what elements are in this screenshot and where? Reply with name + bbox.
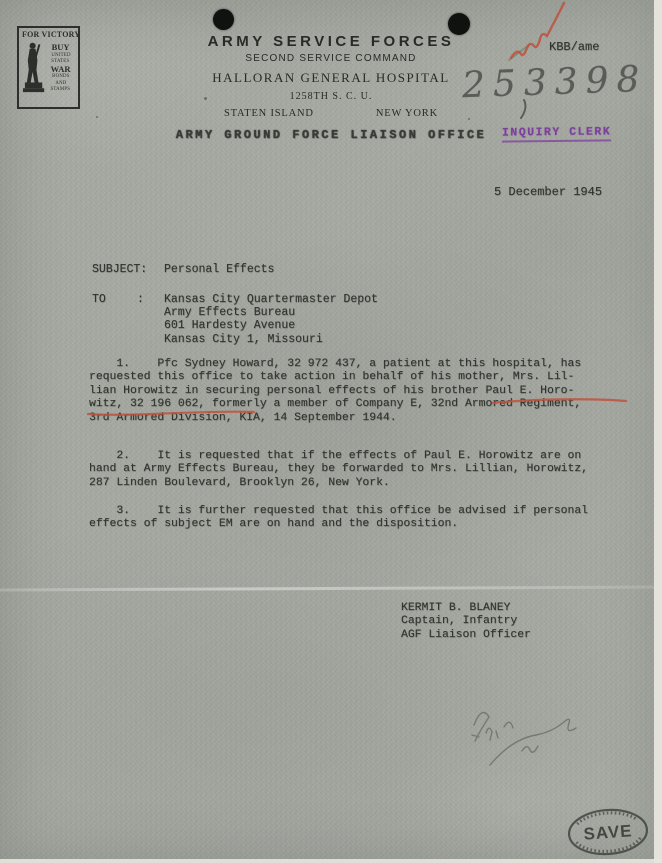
to-label: TO xyxy=(92,293,106,306)
typist-initials: KBB/ame xyxy=(549,40,599,54)
letterhead-army-service-forces: ARMY SERVICE FORCES xyxy=(121,33,541,50)
save-stamp-word: SAVE xyxy=(583,821,633,843)
minuteman-figure-icon xyxy=(22,40,45,96)
war-bonds-stamp-header: FOR VICTORY xyxy=(22,30,76,39)
paragraph-2: 2. It is requested that if the effects o… xyxy=(89,450,588,490)
to-colon: : xyxy=(137,293,144,306)
letterhead-city: STATEN ISLAND xyxy=(224,108,314,119)
recipient-address: Kansas City Quartermaster Depot Army Eff… xyxy=(164,293,378,346)
red-underline-serial-number xyxy=(86,407,258,419)
red-pencil-scribble xyxy=(505,0,577,66)
red-underline-name xyxy=(491,396,629,406)
scan-edge-bottom xyxy=(0,859,662,863)
punch-hole-right xyxy=(448,13,470,35)
pencil-note-handwriting xyxy=(452,693,602,773)
war-bonds-stamp-body: BUY UNITED STATES WAR BONDS AND STAMPS xyxy=(22,40,76,96)
stamp-word-united: UNITED xyxy=(51,53,70,58)
save-stamp: SAVE xyxy=(562,801,654,863)
scanned-letter-page: FOR VICTORY BUY UNITED STATES WAR BONDS … xyxy=(0,0,662,863)
war-bonds-stamp-text: BUY UNITED STATES WAR BONDS AND STAMPS xyxy=(45,43,76,96)
punch-hole-left xyxy=(213,9,234,30)
stamp-word-war: WAR xyxy=(51,65,71,74)
letterhead-second-service-command: SECOND SERVICE COMMAND xyxy=(121,53,541,64)
subject-value: Personal Effects xyxy=(164,263,274,276)
subject-label: SUBJECT: xyxy=(92,263,147,276)
war-bonds-stamp: FOR VICTORY BUY UNITED STATES WAR BONDS … xyxy=(17,26,80,109)
stamp-word-and: AND xyxy=(55,80,66,85)
stamp-word-buy: BUY xyxy=(52,43,70,52)
letterhead-location-row: STATEN ISLAND NEW YORK xyxy=(224,108,438,119)
stamp-word-stamps: STAMPS xyxy=(51,87,71,92)
ink-speck xyxy=(204,97,207,100)
ink-speck xyxy=(468,118,470,120)
inquiry-clerk-stamp: INQUIRY CLERK xyxy=(502,125,611,142)
paper-fold-crease xyxy=(0,586,662,592)
handwritten-comma-mark xyxy=(516,98,530,122)
signature-block: KERMIT B. BLANEY Captain, Infantry AGF L… xyxy=(401,602,531,642)
stamp-word-states: STATES xyxy=(52,59,70,64)
handwritten-case-number: 253398 xyxy=(461,59,648,106)
paragraph-3: 3. It is further requested that this off… xyxy=(89,505,588,532)
stamp-word-bonds: BONDS xyxy=(52,74,69,79)
letter-date: 5 December 1945 xyxy=(494,185,602,199)
letterhead-state: NEW YORK xyxy=(376,108,438,119)
ink-speck xyxy=(96,116,98,118)
liaison-office-stamp: ARMY GROUND FORCE LIAISON OFFICE xyxy=(121,128,541,142)
scan-edge-right xyxy=(654,0,662,863)
